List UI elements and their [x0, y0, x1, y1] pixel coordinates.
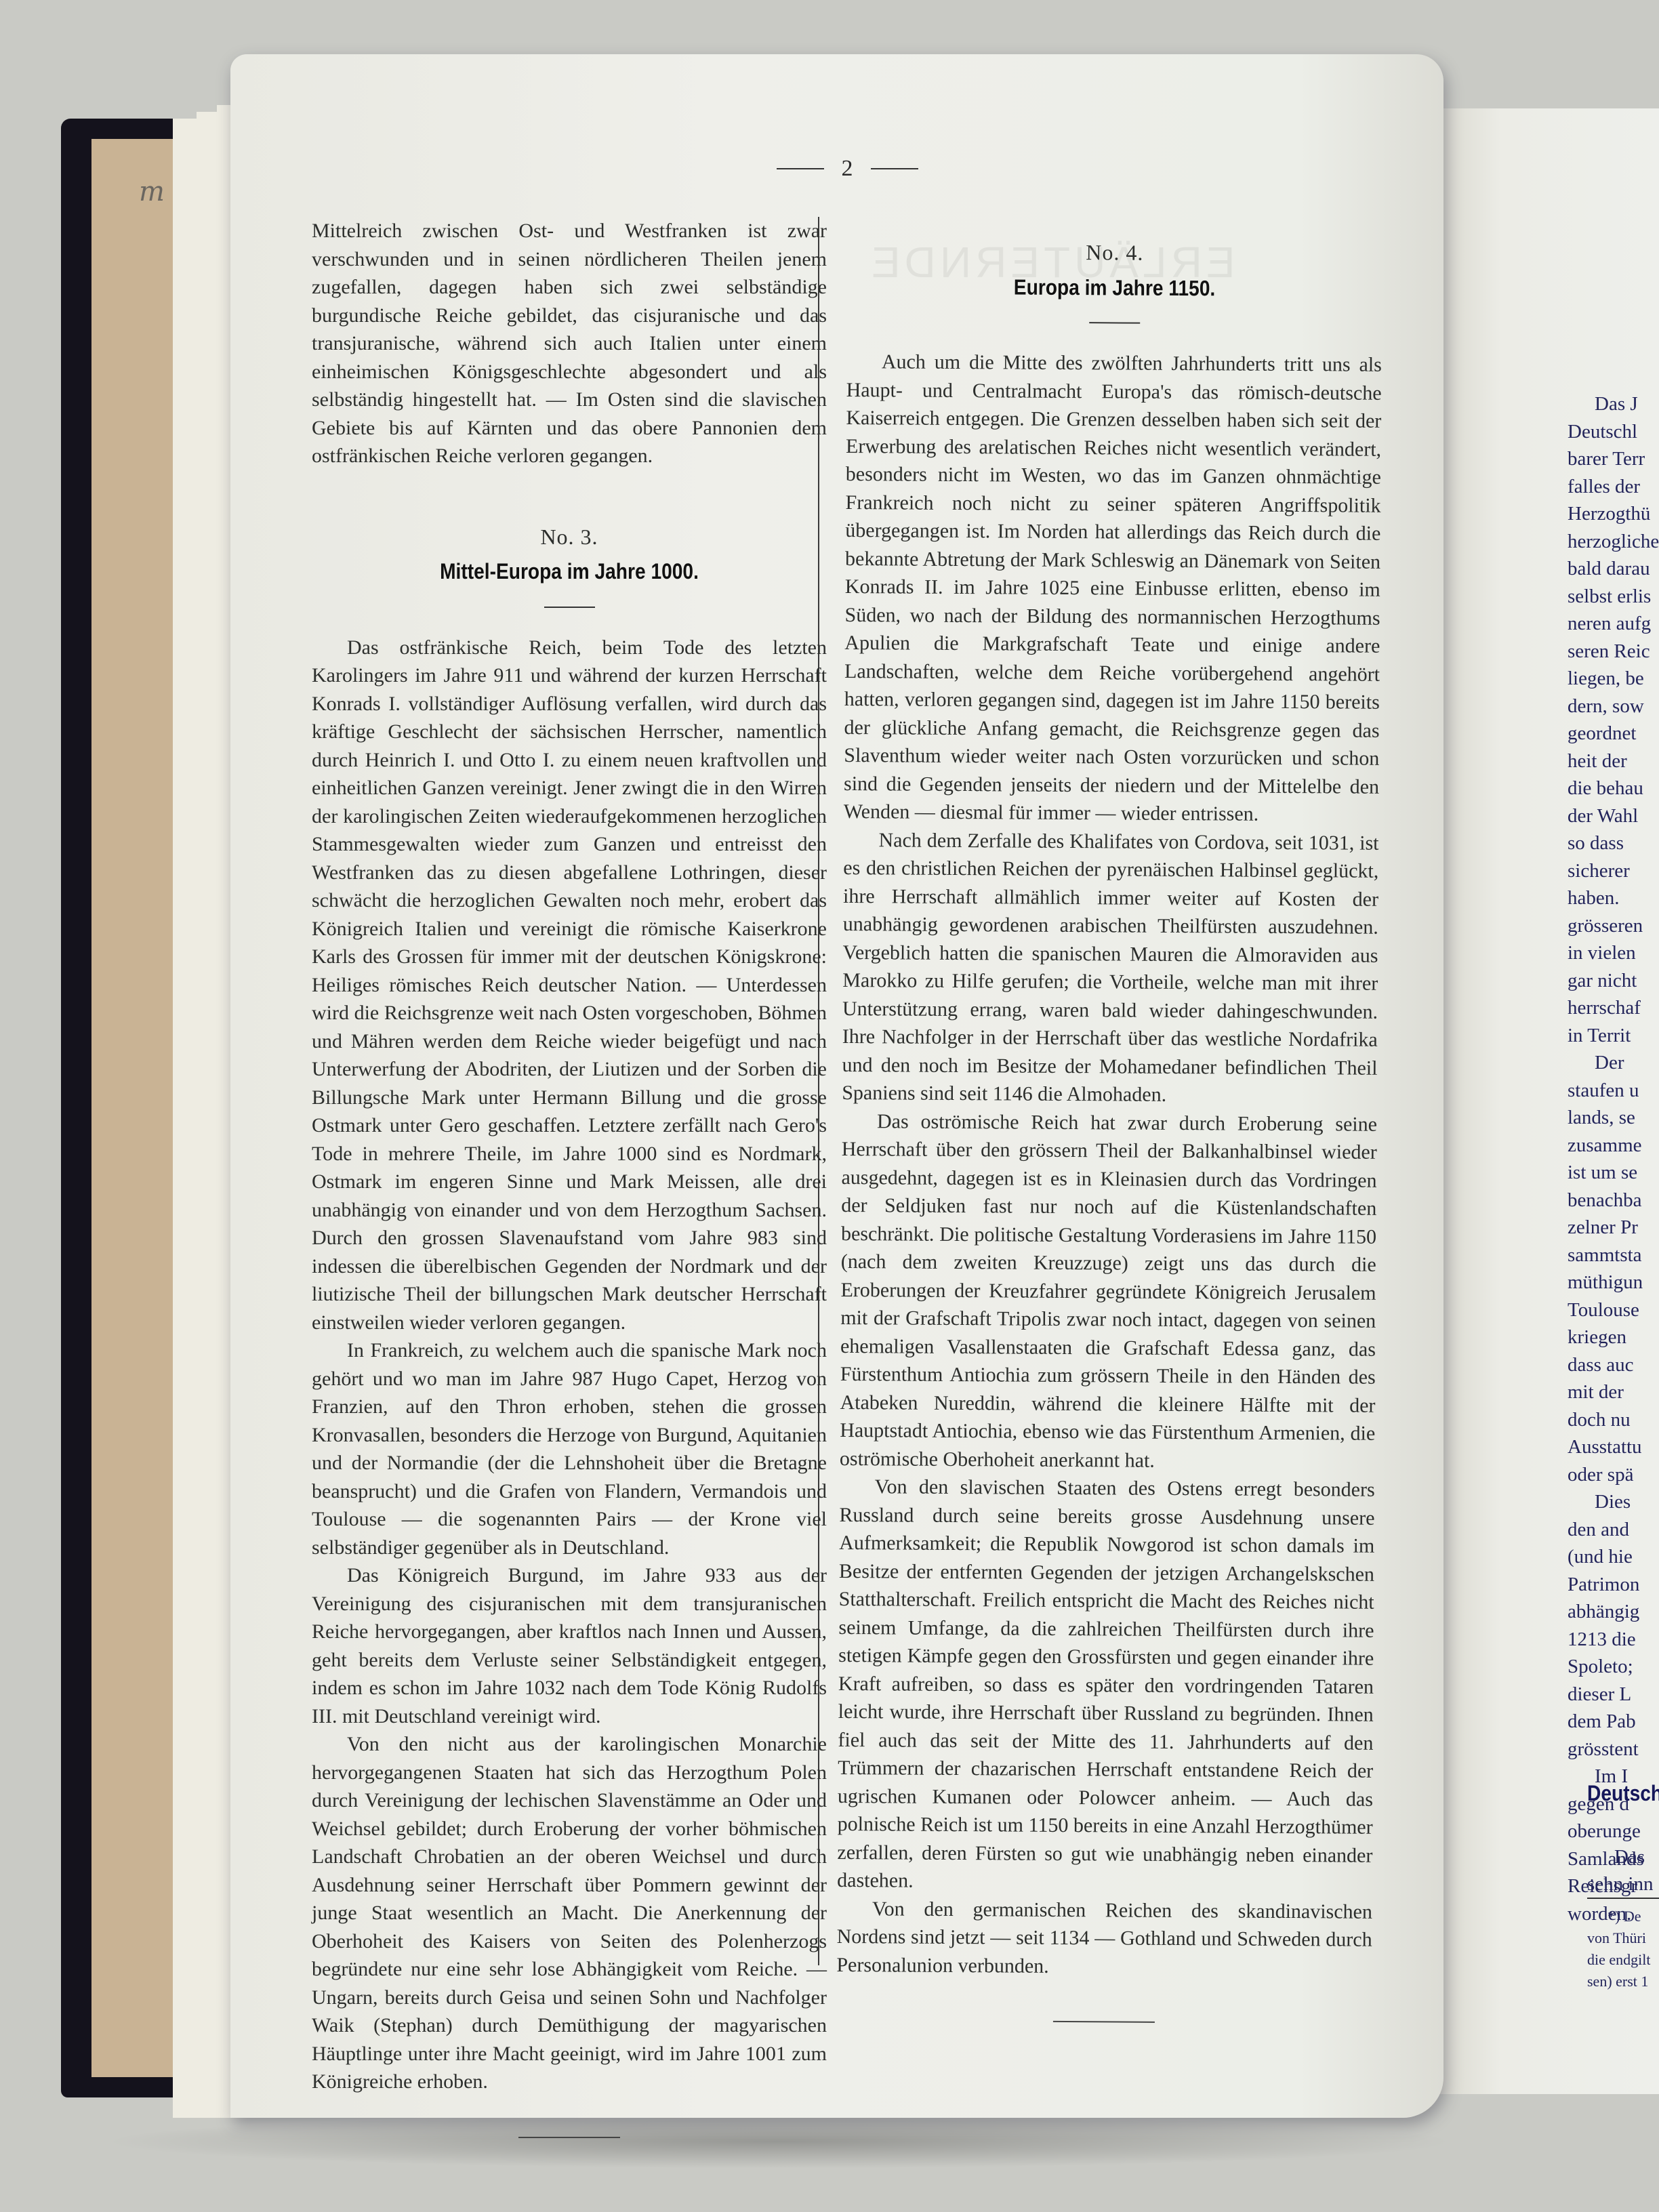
facing-line: grösstent	[1568, 1736, 1659, 1763]
facing-line: Patrimon	[1568, 1571, 1659, 1599]
facing-line: benachba	[1568, 1187, 1659, 1214]
facing-line: seren Reic	[1568, 638, 1659, 665]
facing-line: sicherer	[1568, 857, 1659, 885]
facing-line: oder spä	[1568, 1461, 1659, 1489]
facing-line: doch nu	[1568, 1406, 1659, 1434]
page-number-dash-left	[777, 168, 824, 169]
facing-line: lands, se	[1568, 1104, 1659, 1132]
paragraph: Nach dem Zerfalle des Khalifates von Cor…	[842, 825, 1379, 1110]
title-rule	[544, 607, 595, 608]
paragraph: In Frankreich, zu welchem auch die spani…	[312, 1336, 827, 1561]
facing-line: gar nicht	[1568, 967, 1659, 995]
facing-line: in Territ	[1568, 1022, 1659, 1050]
section-number: No. 3.	[312, 523, 827, 552]
paragraph: Das Königreich Burgund, im Jahre 933 aus…	[312, 1561, 827, 1730]
facing-page-paragraph: Das sehn inn	[1587, 1843, 1653, 1898]
facing-line: in vielen	[1568, 939, 1659, 967]
facing-line: Der	[1568, 1049, 1659, 1077]
facing-line: dern, sow	[1568, 693, 1659, 720]
page-number-value: 2	[842, 156, 853, 182]
left-column: Mittelreich zwischen Ost- und Westfranke…	[312, 217, 827, 2138]
facing-line: zusamme	[1568, 1132, 1659, 1160]
paragraph: Das ostfränkische Reich, beim Tode des l…	[312, 634, 827, 1337]
facing-line: barer Terr	[1568, 445, 1659, 473]
facing-line: der Wahl	[1568, 802, 1659, 830]
section-title: Mittel-Europa im Jahre 1000.	[343, 558, 796, 586]
facing-line: dem Pab	[1568, 1708, 1659, 1736]
footnote-line: die endgilt	[1587, 1949, 1650, 1971]
paragraph: Das oströmische Reich hat zwar durch Ero…	[840, 1107, 1377, 1475]
section-spacer	[312, 470, 827, 523]
section-title: Europa im Jahre 1150.	[879, 272, 1350, 304]
facing-line: herzogliche	[1568, 528, 1659, 556]
facing-line: sehn inn	[1587, 1870, 1653, 1898]
footnote-line: *) De	[1587, 1906, 1650, 1927]
title-rule	[1089, 322, 1140, 323]
facing-line: liegen, be	[1568, 665, 1659, 693]
intro-paragraph: Mittelreich zwischen Ost- und Westfranke…	[312, 217, 827, 470]
footnote-line: von Thüri	[1587, 1927, 1650, 1949]
facing-line: herrschaf	[1568, 994, 1659, 1022]
end-rule	[518, 2137, 620, 2138]
facing-line: grösseren	[1568, 912, 1659, 940]
facing-line: bald darau	[1568, 555, 1659, 583]
paragraph: Von den germanischen Reichen des skandin…	[836, 1894, 1372, 1982]
facing-line: sammtsta	[1568, 1242, 1659, 1269]
right-column: No. 4. Europa im Jahre 1150. Auch um die…	[836, 237, 1382, 2024]
facing-line: Dies	[1568, 1488, 1659, 1516]
facing-footnote: *) De von Thüri die endgilt sen) erst 1	[1587, 1906, 1650, 1992]
facing-line: abhängig	[1568, 1598, 1659, 1626]
facing-line: dieser L	[1568, 1681, 1659, 1708]
facing-line: Das	[1587, 1843, 1653, 1870]
facing-line: 1213 die	[1568, 1626, 1659, 1654]
facing-line: oberunge	[1568, 1818, 1659, 1845]
footnote-line: sen) erst 1	[1587, 1971, 1650, 1992]
facing-line: geordnet	[1568, 720, 1659, 747]
facing-line: staufen u	[1568, 1077, 1659, 1105]
footnote-rule	[1587, 1898, 1659, 1899]
section-number: No. 4.	[847, 237, 1382, 268]
facing-line: Spoleto;	[1568, 1653, 1659, 1681]
facing-line: Das J	[1568, 390, 1659, 418]
facing-line: den and	[1568, 1516, 1659, 1544]
facing-line: neren aufg	[1568, 610, 1659, 638]
paragraph: Von den slavischen Staaten des Ostens er…	[837, 1473, 1375, 1898]
page-number-dash-right	[871, 168, 918, 169]
facing-line: die behau	[1568, 775, 1659, 802]
facing-line: selbst erlis	[1568, 583, 1659, 611]
facing-line: Toulouse	[1568, 1296, 1659, 1324]
facing-page-heading: Deutsch	[1587, 1781, 1659, 1806]
facing-line: dass auc	[1568, 1351, 1659, 1379]
facing-line: haben.	[1568, 884, 1659, 912]
facing-line: heit der	[1568, 747, 1659, 775]
paragraph: Auch um die Mitte des zwölften Jahrhunde…	[844, 348, 1382, 829]
page-number: 2	[759, 156, 935, 182]
facing-line: zelner Pr	[1568, 1214, 1659, 1242]
facing-line: müthigun	[1568, 1269, 1659, 1296]
facing-line: ist um se	[1568, 1159, 1659, 1187]
facing-line: falles der	[1568, 473, 1659, 501]
paragraph: Von den nicht aus der karolingischen Mon…	[312, 1730, 827, 2096]
handwritten-note: m	[139, 176, 165, 207]
facing-line: mit der	[1568, 1378, 1659, 1406]
facing-page-text: Das JDeutschlbarer Terrfalles derHerzogt…	[1568, 390, 1659, 1927]
facing-line: (und hie	[1568, 1543, 1659, 1571]
facing-line: Deutschl	[1568, 418, 1659, 446]
facing-line: kriegen	[1568, 1324, 1659, 1351]
facing-line: Ausstattu	[1568, 1433, 1659, 1461]
facing-line: so dass	[1568, 829, 1659, 857]
facing-line: Herzogthü	[1568, 500, 1659, 528]
